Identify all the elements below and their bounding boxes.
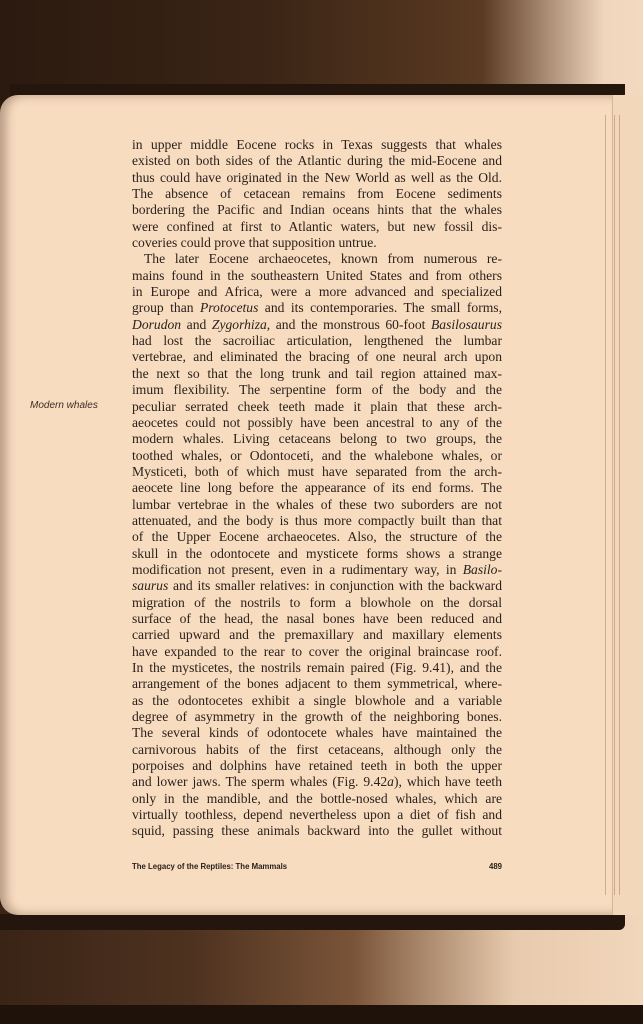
text-line: coveries could prove that supposition un… [132, 235, 502, 251]
text-line: Mysticeti, both of which must have separ… [132, 464, 502, 480]
page-number: 489 [489, 862, 502, 871]
text-line: aeocete line long before the appearance … [132, 480, 502, 496]
text-line: have expanded to the rear to cover the o… [132, 644, 502, 660]
running-title: The Legacy of the Reptiles: The Mammals [132, 862, 287, 871]
text-line: bordering the Pacific and Indian oceans … [132, 202, 502, 218]
text-line: porpoises and dolphins have retained tee… [132, 758, 502, 774]
text-line: were confined at first to Atlantic water… [132, 219, 502, 235]
text-line: aeocetes could not possibly have been an… [132, 415, 502, 431]
text-line: attenuated, and the body is thus more co… [132, 513, 502, 529]
page-edge-line [619, 115, 620, 895]
text-line: modern whales. Living cetaceans belong t… [132, 431, 502, 447]
text-line: arrangement of the bones adjacent to the… [132, 676, 502, 692]
page-edge-line [614, 115, 615, 895]
page-bottom-shadow [0, 914, 625, 930]
body-text: in upper middle Eocene rocks in Texas su… [132, 137, 502, 840]
page-edge-line [605, 115, 606, 895]
text-line: surface of the head, the nasal bones hav… [132, 611, 502, 627]
text-line: had lost the sacroiliac articulation, le… [132, 333, 502, 349]
text-line: the next so that the long trunk and tail… [132, 366, 502, 382]
text-line: mains found in the southeastern United S… [132, 268, 502, 284]
text-line: thus could have originated in the New Wo… [132, 170, 502, 186]
text-line: imum flexibility. The serpentine form of… [132, 382, 502, 398]
text-line: vertebrae, and eliminated the bracing of… [132, 349, 502, 365]
text-line: existed on both sides of the Atlantic du… [132, 153, 502, 169]
text-line: and lower jaws. The sperm whales (Fig. 9… [132, 774, 502, 790]
text-line: carnivorous habits of the first cetacean… [132, 742, 502, 758]
text-line: The absence of cetacean remains from Eoc… [132, 186, 502, 202]
text-line: In the mysticetes, the nostrils remain p… [132, 660, 502, 676]
text-line: of the Upper Eocene archaeocetes. Also, … [132, 529, 502, 545]
margin-heading: Modern whales [30, 400, 98, 411]
text-line: migration of the nostrils to form a blow… [132, 595, 502, 611]
text-line: in upper middle Eocene rocks in Texas su… [132, 137, 502, 153]
text-line: only in the mandible, and the bottle-nos… [132, 791, 502, 807]
text-line: peculiar serrated cheek teeth made it pl… [132, 399, 502, 415]
text-line: saurus and its smaller relatives: in con… [132, 578, 502, 594]
text-line: modification not present, even in a rudi… [132, 562, 502, 578]
text-line: group than Protocetus and its contempora… [132, 300, 502, 316]
text-line: as the odontocetes exhibit a single blow… [132, 693, 502, 709]
text-line: toothed whales, or Odontoceti, and the w… [132, 448, 502, 464]
page-footer: The Legacy of the Reptiles: The Mammals … [132, 862, 502, 871]
text-line: squid, passing these animals backward in… [132, 823, 502, 839]
text-line: The later Eocene archaeocetes, known fro… [132, 251, 502, 267]
text-line: lumbar vertebrae in the whales of these … [132, 497, 502, 513]
text-line: skull in the odontocete and mysticete fo… [132, 546, 502, 562]
text-line: in Europe and Africa, were a more advanc… [132, 284, 502, 300]
text-line: Dorudon and Zygorhiza, and the monstrous… [132, 317, 502, 333]
text-line: degree of asymmetry in the growth of the… [132, 709, 502, 725]
background-surface [0, 1005, 643, 1024]
text-line: carried upward and the premaxillary and … [132, 627, 502, 643]
text-line: The several kinds of odontocete whales h… [132, 725, 502, 741]
text-line: virtually toothless, depend nevertheless… [132, 807, 502, 823]
page-stack-edge [612, 95, 643, 915]
